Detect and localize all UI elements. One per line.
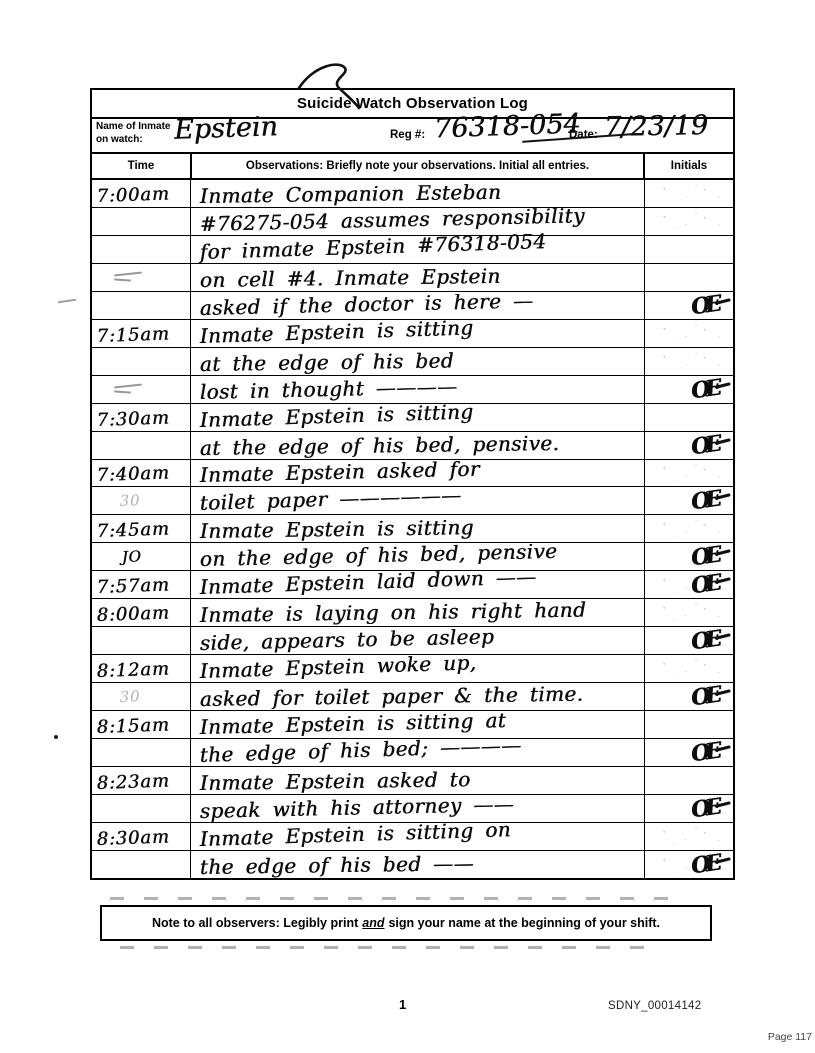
time-cell: [92, 348, 191, 375]
log-row: the edge of his bed; ————OE: [92, 739, 733, 767]
time-cell: 8:15am: [92, 711, 191, 738]
observation-text: Inmate Epstein is sitting: [200, 516, 474, 544]
note-text-post: sign your name at the beginning of your …: [388, 916, 660, 930]
time-cell: 8:30am: [92, 823, 191, 850]
log-row: 8:12amInmate Epstein woke up,: [92, 655, 733, 683]
observation-cell: lost in thought ————: [191, 376, 645, 403]
observation-cell: at the edge of his bed, pensive.: [191, 432, 645, 459]
corner-page-label: Page 117: [768, 1031, 812, 1043]
time-cell: 30: [92, 683, 191, 710]
initials-cell: OE: [645, 683, 733, 710]
time-value: 8:30am: [96, 826, 170, 850]
observation-text: asked for toilet paper & the time.: [200, 682, 584, 711]
observation-text: at the edge of his bed, pensive.: [200, 431, 560, 460]
initials-column-header: Initials: [645, 154, 733, 178]
time-value: 8:00am: [96, 603, 170, 627]
time-cell: 7:40am: [92, 460, 191, 487]
observation-cell: toilet paper ——————: [191, 487, 645, 514]
initials-cell: [645, 404, 733, 431]
log-row: 30toilet paper ——————OE: [92, 487, 733, 515]
time-cell: 7:45am: [92, 515, 191, 542]
scan-smudge: [120, 946, 660, 949]
log-row: speak with his attorney ——OE: [92, 795, 733, 823]
time-value: JO: [121, 548, 142, 567]
pen-scribble-mark: [295, 58, 390, 110]
log-row: 7:30amInmate Epstein is sitting: [92, 404, 733, 432]
log-row: 8:00amInmate is laying on his right hand: [92, 599, 733, 627]
initials-signature: OE: [689, 793, 728, 824]
time-cell: [92, 264, 191, 291]
observation-cell: Inmate Epstein is sitting: [191, 320, 645, 347]
observation-text: lost in thought ————: [199, 374, 457, 404]
log-row: JOon the edge of his bed, pensiveOE: [92, 543, 733, 571]
log-rows: 7:00amInmate Companion Esteban#76275-054…: [92, 180, 733, 878]
time-value: 30: [119, 687, 140, 706]
time-value: 7:15am: [96, 323, 170, 347]
initials-signature: OE: [689, 848, 728, 879]
initials-cell: OE: [645, 739, 733, 766]
time-cell: 7:30am: [92, 404, 191, 431]
observation-text: Inmate is laying on his right hand: [200, 598, 587, 627]
stray-ink-tick: [58, 299, 76, 303]
observation-cell: on cell #4. Inmate Epstein: [191, 264, 645, 291]
time-cell: [92, 208, 191, 235]
observation-text: asked if the doctor is here —: [199, 288, 533, 320]
initials-cell: [645, 711, 733, 738]
time-cell: [92, 292, 191, 319]
observation-text: Inmate Epstein is sitting: [199, 315, 474, 348]
initials-signature: OE: [689, 289, 728, 320]
time-value: 8:12am: [96, 659, 170, 683]
initials-cell: OE: [645, 376, 733, 403]
observation-cell: for inmate Epstein #76318-054: [191, 236, 645, 263]
observation-text: on cell #4. Inmate Epstein: [200, 264, 501, 292]
log-row: asked if the doctor is here —OE: [92, 292, 733, 320]
log-row: lost in thought ————OE: [92, 376, 733, 404]
time-cell: [92, 376, 191, 403]
initials-signature: OE: [689, 625, 728, 656]
initials-cell: [645, 236, 733, 263]
time-value: 7:40am: [96, 463, 170, 487]
observation-cell: Inmate Epstein is sitting on: [191, 823, 645, 850]
log-row: 7:45amInmate Epstein is sitting: [92, 515, 733, 543]
observation-cell: Inmate Epstein is sitting at: [191, 711, 645, 738]
initials-signature: OE: [689, 737, 728, 768]
observation-text: Inmate Companion Esteban: [200, 180, 502, 208]
name-label-line2: on watch:: [96, 134, 170, 147]
initials-cell: [645, 264, 733, 291]
time-column-header: Time: [92, 154, 192, 178]
time-cell: [92, 236, 191, 263]
initials-signature: OE: [689, 429, 728, 460]
page-number: 1: [399, 997, 406, 1012]
log-row: 30asked for toilet paper & the time.OE: [92, 683, 733, 711]
initials-cell: [645, 320, 733, 347]
time-value: 8:23am: [96, 770, 170, 794]
time-value: 7:45am: [96, 519, 170, 543]
time-value: 7:57am: [96, 575, 170, 599]
log-row: at the edge of his bed, pensive.OE: [92, 432, 733, 460]
time-value: 7:00am: [96, 183, 170, 207]
note-text-emphasis: and: [362, 916, 384, 930]
initials-cell: OE: [645, 571, 733, 598]
initials-cell: [645, 599, 733, 626]
observation-cell: side, appears to be asleep: [191, 627, 645, 654]
observation-text: Inmate Epstein asked to: [200, 767, 471, 795]
time-cell: [92, 432, 191, 459]
ink-smudge-mark: [114, 273, 142, 281]
name-label-line1: Name of Inmate: [96, 121, 170, 134]
observation-cell: Inmate Epstein laid down ——: [191, 571, 645, 598]
form-identity-row: Name of Inmate on watch: Epstein Reg #: …: [92, 119, 733, 154]
initials-cell: [645, 208, 733, 235]
observation-text: at the edge of his bed: [200, 348, 454, 376]
inmate-name-handwritten: Epstein: [173, 111, 278, 146]
initials-cell: OE: [645, 543, 733, 570]
scan-smudge: [110, 897, 670, 900]
initials-signature: OE: [689, 373, 728, 404]
observation-log-form: Suicide Watch Observation Log Name of In…: [90, 88, 735, 880]
log-row: 7:15amInmate Epstein is sitting: [92, 320, 733, 348]
log-row: 7:00amInmate Companion Esteban: [92, 180, 733, 208]
time-cell: [92, 851, 191, 878]
scanned-document-page: Suicide Watch Observation Log Name of In…: [0, 0, 815, 1053]
observer-note-box: Note to all observers: Legibly print and…: [100, 905, 712, 941]
initials-signature: OE: [689, 541, 728, 572]
observation-cell: Inmate Epstein asked to: [191, 767, 645, 794]
time-cell: [92, 795, 191, 822]
initials-cell: OE: [645, 432, 733, 459]
initials-signature: OE: [689, 485, 728, 516]
note-text-pre: Note to all observers: Legibly print: [152, 916, 358, 930]
time-value: 7:30am: [96, 407, 170, 431]
initials-cell: OE: [645, 795, 733, 822]
log-row: 8:30amInmate Epstein is sitting on: [92, 823, 733, 851]
log-row: 7:57amInmate Epstein laid down ——OE: [92, 571, 733, 599]
initials-cell: [645, 515, 733, 542]
date-handwritten: 7/23/19: [604, 110, 709, 143]
bates-number: SDNY_00014142: [608, 1000, 701, 1012]
observation-text: Inmate Epstein is sitting: [199, 399, 474, 432]
time-value: 8:15am: [96, 715, 170, 739]
time-cell: JO: [92, 543, 191, 570]
log-row: 8:15amInmate Epstein is sitting at: [92, 711, 733, 739]
time-value: 30: [119, 492, 140, 511]
log-row: 8:23amInmate Epstein asked to: [92, 767, 733, 795]
observation-text: Inmate Epstein woke up,: [199, 650, 476, 683]
initials-cell: [645, 460, 733, 487]
observation-cell: Inmate Epstein asked for: [191, 460, 645, 487]
observation-cell: Inmate Epstein is sitting: [191, 515, 645, 542]
observation-cell: speak with his attorney ——: [191, 795, 645, 822]
initials-cell: [645, 180, 733, 207]
log-row: on cell #4. Inmate Epstein: [92, 264, 733, 292]
time-cell: 8:00am: [92, 599, 191, 626]
observation-text: toilet paper ——————: [199, 483, 462, 515]
observation-cell: Inmate Epstein is sitting: [191, 404, 645, 431]
observation-cell: on the edge of his bed, pensive: [191, 543, 645, 570]
log-row: #76275-054 assumes responsibility: [92, 208, 733, 236]
time-cell: 30: [92, 487, 191, 514]
observations-column-header: Observations: Briefly note your observat…: [192, 154, 645, 178]
initials-cell: [645, 348, 733, 375]
time-cell: [92, 739, 191, 766]
name-of-inmate-label: Name of Inmate on watch:: [96, 121, 170, 146]
initials-cell: OE: [645, 851, 733, 878]
initials-signature: OE: [689, 681, 728, 712]
initials-cell: OE: [645, 627, 733, 654]
observation-cell: Inmate is laying on his right hand: [191, 599, 645, 626]
time-cell: [92, 627, 191, 654]
initials-cell: [645, 655, 733, 682]
observation-cell: at the edge of his bed: [191, 348, 645, 375]
observation-cell: #76275-054 assumes responsibility: [191, 208, 645, 235]
reg-number-handwritten: 76318-054: [434, 108, 582, 144]
time-cell: 8:23am: [92, 767, 191, 794]
initials-cell: [645, 823, 733, 850]
observation-text: Inmate Epstein is sitting on: [199, 817, 511, 851]
initials-cell: OE: [645, 292, 733, 319]
time-cell: 7:57am: [92, 571, 191, 598]
initials-signature: OE: [689, 569, 728, 600]
log-row: at the edge of his bed: [92, 348, 733, 376]
observation-text: the edge of his bed ——: [200, 851, 474, 879]
ink-smudge-mark: [114, 385, 142, 393]
observation-cell: the edge of his bed; ————: [191, 739, 645, 766]
observation-cell: asked for toilet paper & the time.: [191, 683, 645, 710]
stray-ink-dot: [54, 735, 58, 739]
observation-cell: Inmate Epstein woke up,: [191, 655, 645, 682]
observation-cell: the edge of his bed ——: [191, 851, 645, 878]
table-header-row: Time Observations: Briefly note your obs…: [92, 154, 733, 180]
initials-cell: [645, 767, 733, 794]
time-cell: 7:15am: [92, 320, 191, 347]
log-row: for inmate Epstein #76318-054: [92, 236, 733, 264]
time-cell: 8:12am: [92, 655, 191, 682]
reg-number-label: Reg #:: [390, 129, 425, 141]
observation-cell: asked if the doctor is here —: [191, 292, 645, 319]
log-row: the edge of his bed ——OE: [92, 851, 733, 878]
initials-cell: OE: [645, 487, 733, 514]
log-row: side, appears to be asleepOE: [92, 627, 733, 655]
time-cell: 7:00am: [92, 180, 191, 207]
